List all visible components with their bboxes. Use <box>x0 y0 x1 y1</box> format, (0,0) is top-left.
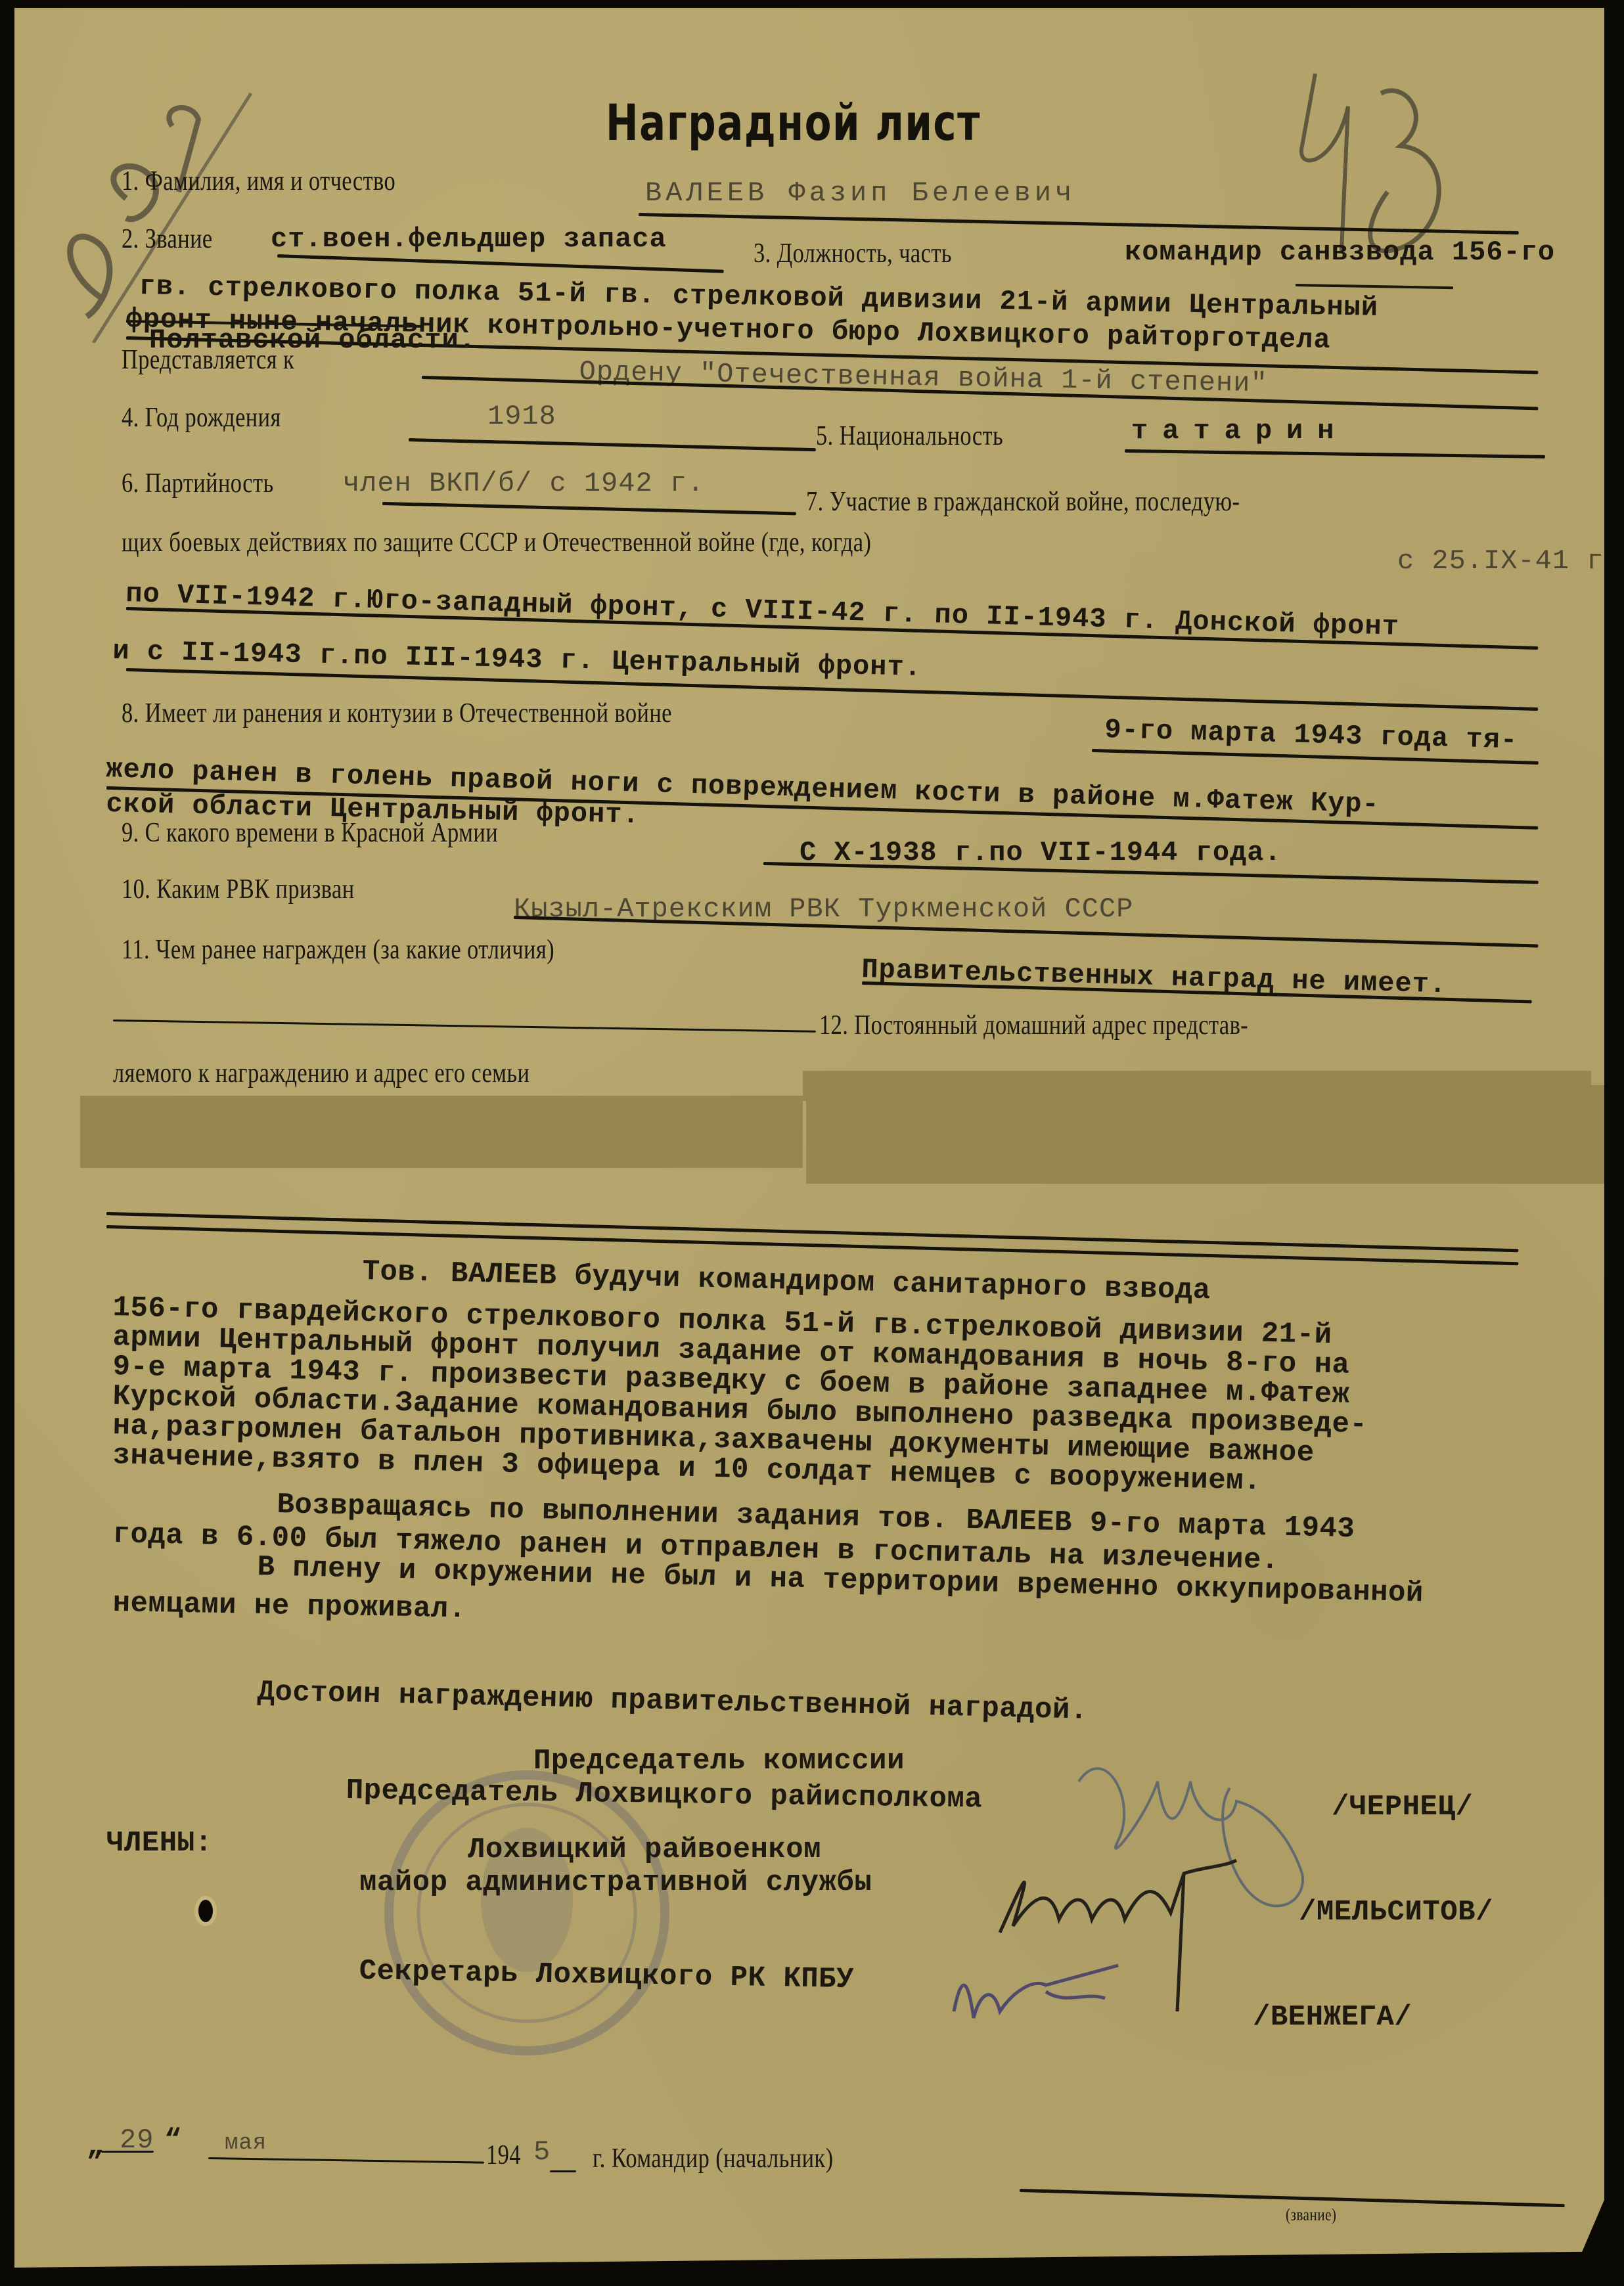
presented-label: Представляется к <box>122 344 294 376</box>
field-11-label: 11. Чем ранее награжден (за какие отличи… <box>122 934 554 966</box>
footer-month: мая <box>225 2131 267 2156</box>
field-3-strikethrough-a <box>1296 284 1453 289</box>
field-2-label: 2. Звание <box>122 223 213 255</box>
field-4-label: 4. Год рождения <box>122 402 281 434</box>
chair-title-1: Председатель комиссии <box>533 1749 905 1774</box>
field-2-value: ст.воен.фельдшер запаса <box>271 223 667 255</box>
narrative-line-1: Тов. ВАЛЕЕВ будучи командиром санитарног… <box>362 1259 1211 1303</box>
member-2-signature <box>947 1952 1197 2031</box>
field-1-underline <box>639 213 1519 235</box>
member-1-title-2: майор административной службы <box>359 1870 872 1895</box>
footer-month-underline <box>208 2157 484 2164</box>
member-2-title: Секретарь Лохвицкого РК КПБУ <box>359 1959 854 1992</box>
field-8-value-line1: 9-го марта 1943 года тя- <box>1104 714 1518 756</box>
footer-quote-open: „ <box>87 2134 104 2159</box>
redaction-block-c <box>806 1085 1604 1184</box>
field-7-label-part2: щих боевых действиях по защите СССР и От… <box>122 527 871 558</box>
footer-rank-underline <box>1020 2189 1565 2207</box>
field-4-underline <box>409 438 816 451</box>
chair-title-2: Председатель Лохвицкого райисполкома <box>346 1778 982 1812</box>
field-6-value: член ВКП/б/ с 1942 г. <box>343 468 704 499</box>
field-12-label-part1: 12. Постоянный домашний адрес представ- <box>819 1010 1248 1041</box>
field-3-label: 3. Должность, часть <box>754 238 952 269</box>
field-1-label: 1. Фамилия, имя и отчество <box>122 166 395 197</box>
member-1-name: /МЕЛЬСИТОВ/ <box>1299 1900 1493 1925</box>
chair-name: /ЧЕРНЕЦ/ <box>1332 1795 1473 1820</box>
footer-year-underline <box>550 2170 576 2172</box>
field-2-underline <box>277 254 724 273</box>
member-1-signature <box>987 1834 1263 2018</box>
footer-quote-close: “ <box>164 2128 182 2153</box>
field-7-label-part1: 7. Участие в гражданской войне, последую… <box>806 486 1240 518</box>
punch-hole <box>198 1900 213 1922</box>
field-4-value: 1918 <box>487 401 556 432</box>
field-5-label: 5. Национальность <box>816 420 1003 452</box>
footer-year-prefix: 194 <box>486 2140 521 2171</box>
field-7-value-line1: с 25.IX-41 г. <box>1397 545 1621 577</box>
top-right-pencil-mark <box>1276 67 1473 264</box>
field-7-value-line3: и с II-1943 г.по III-1943 г. Центральный… <box>112 635 922 684</box>
field-7-value-line2: по VII-1942 г.Юго-западный фронт, с VIII… <box>125 578 1400 643</box>
field-8-label: 8. Имеет ли ранения и контузии в Отечест… <box>122 698 672 729</box>
field-5-underline <box>1125 449 1545 459</box>
footer-commander-label: г. Командир (начальник) <box>593 2143 833 2174</box>
chair-signature <box>1066 1742 1342 1965</box>
member-1-title-1: Лохвицкий райвоенком <box>468 1837 821 1862</box>
award-sheet-paper: Наградной лист 1. Фамилия, имя и отчеств… <box>14 8 1604 2268</box>
document-title: Наградной лист <box>606 93 981 152</box>
field-5-value: татарин <box>1131 415 1348 447</box>
field-9-value: С X-1938 г.по VII-1944 года. <box>800 837 1282 868</box>
redaction-block-b <box>80 1096 803 1168</box>
field-9-label: 9. С какого времени в Красной Армии <box>122 817 498 849</box>
footer-year-suffix: 5 <box>533 2136 551 2168</box>
field-10-label: 10. Каким РВК призван <box>122 874 355 905</box>
member-2-name: /ВЕНЖЕГА/ <box>1253 2005 1412 2030</box>
field-6-label: 6. Партийность <box>122 468 274 499</box>
field-6-underline <box>382 502 796 515</box>
field-11-continuation-line <box>113 1020 816 1033</box>
members-label: ЧЛЕНЫ: <box>106 1831 212 1856</box>
narrative-line-11: немцами не проживал. <box>112 1591 466 1622</box>
footer-day-underline <box>101 2151 154 2153</box>
field-3-value-line1: командир санвзвода 156-го <box>1125 236 1555 268</box>
narrative-conclusion: Достоин награждению правительственной на… <box>257 1680 1088 1724</box>
footer-rank-caption: (звание) <box>1286 2205 1336 2225</box>
field-1-value: ВАЛЕЕВ Фазип Белеевич <box>645 177 1075 209</box>
field-12-label-part2: ляемого к награждению и адрес его семьи <box>113 1058 530 1089</box>
field-11-value: Правительственных наград не имеет. <box>861 954 1447 1000</box>
